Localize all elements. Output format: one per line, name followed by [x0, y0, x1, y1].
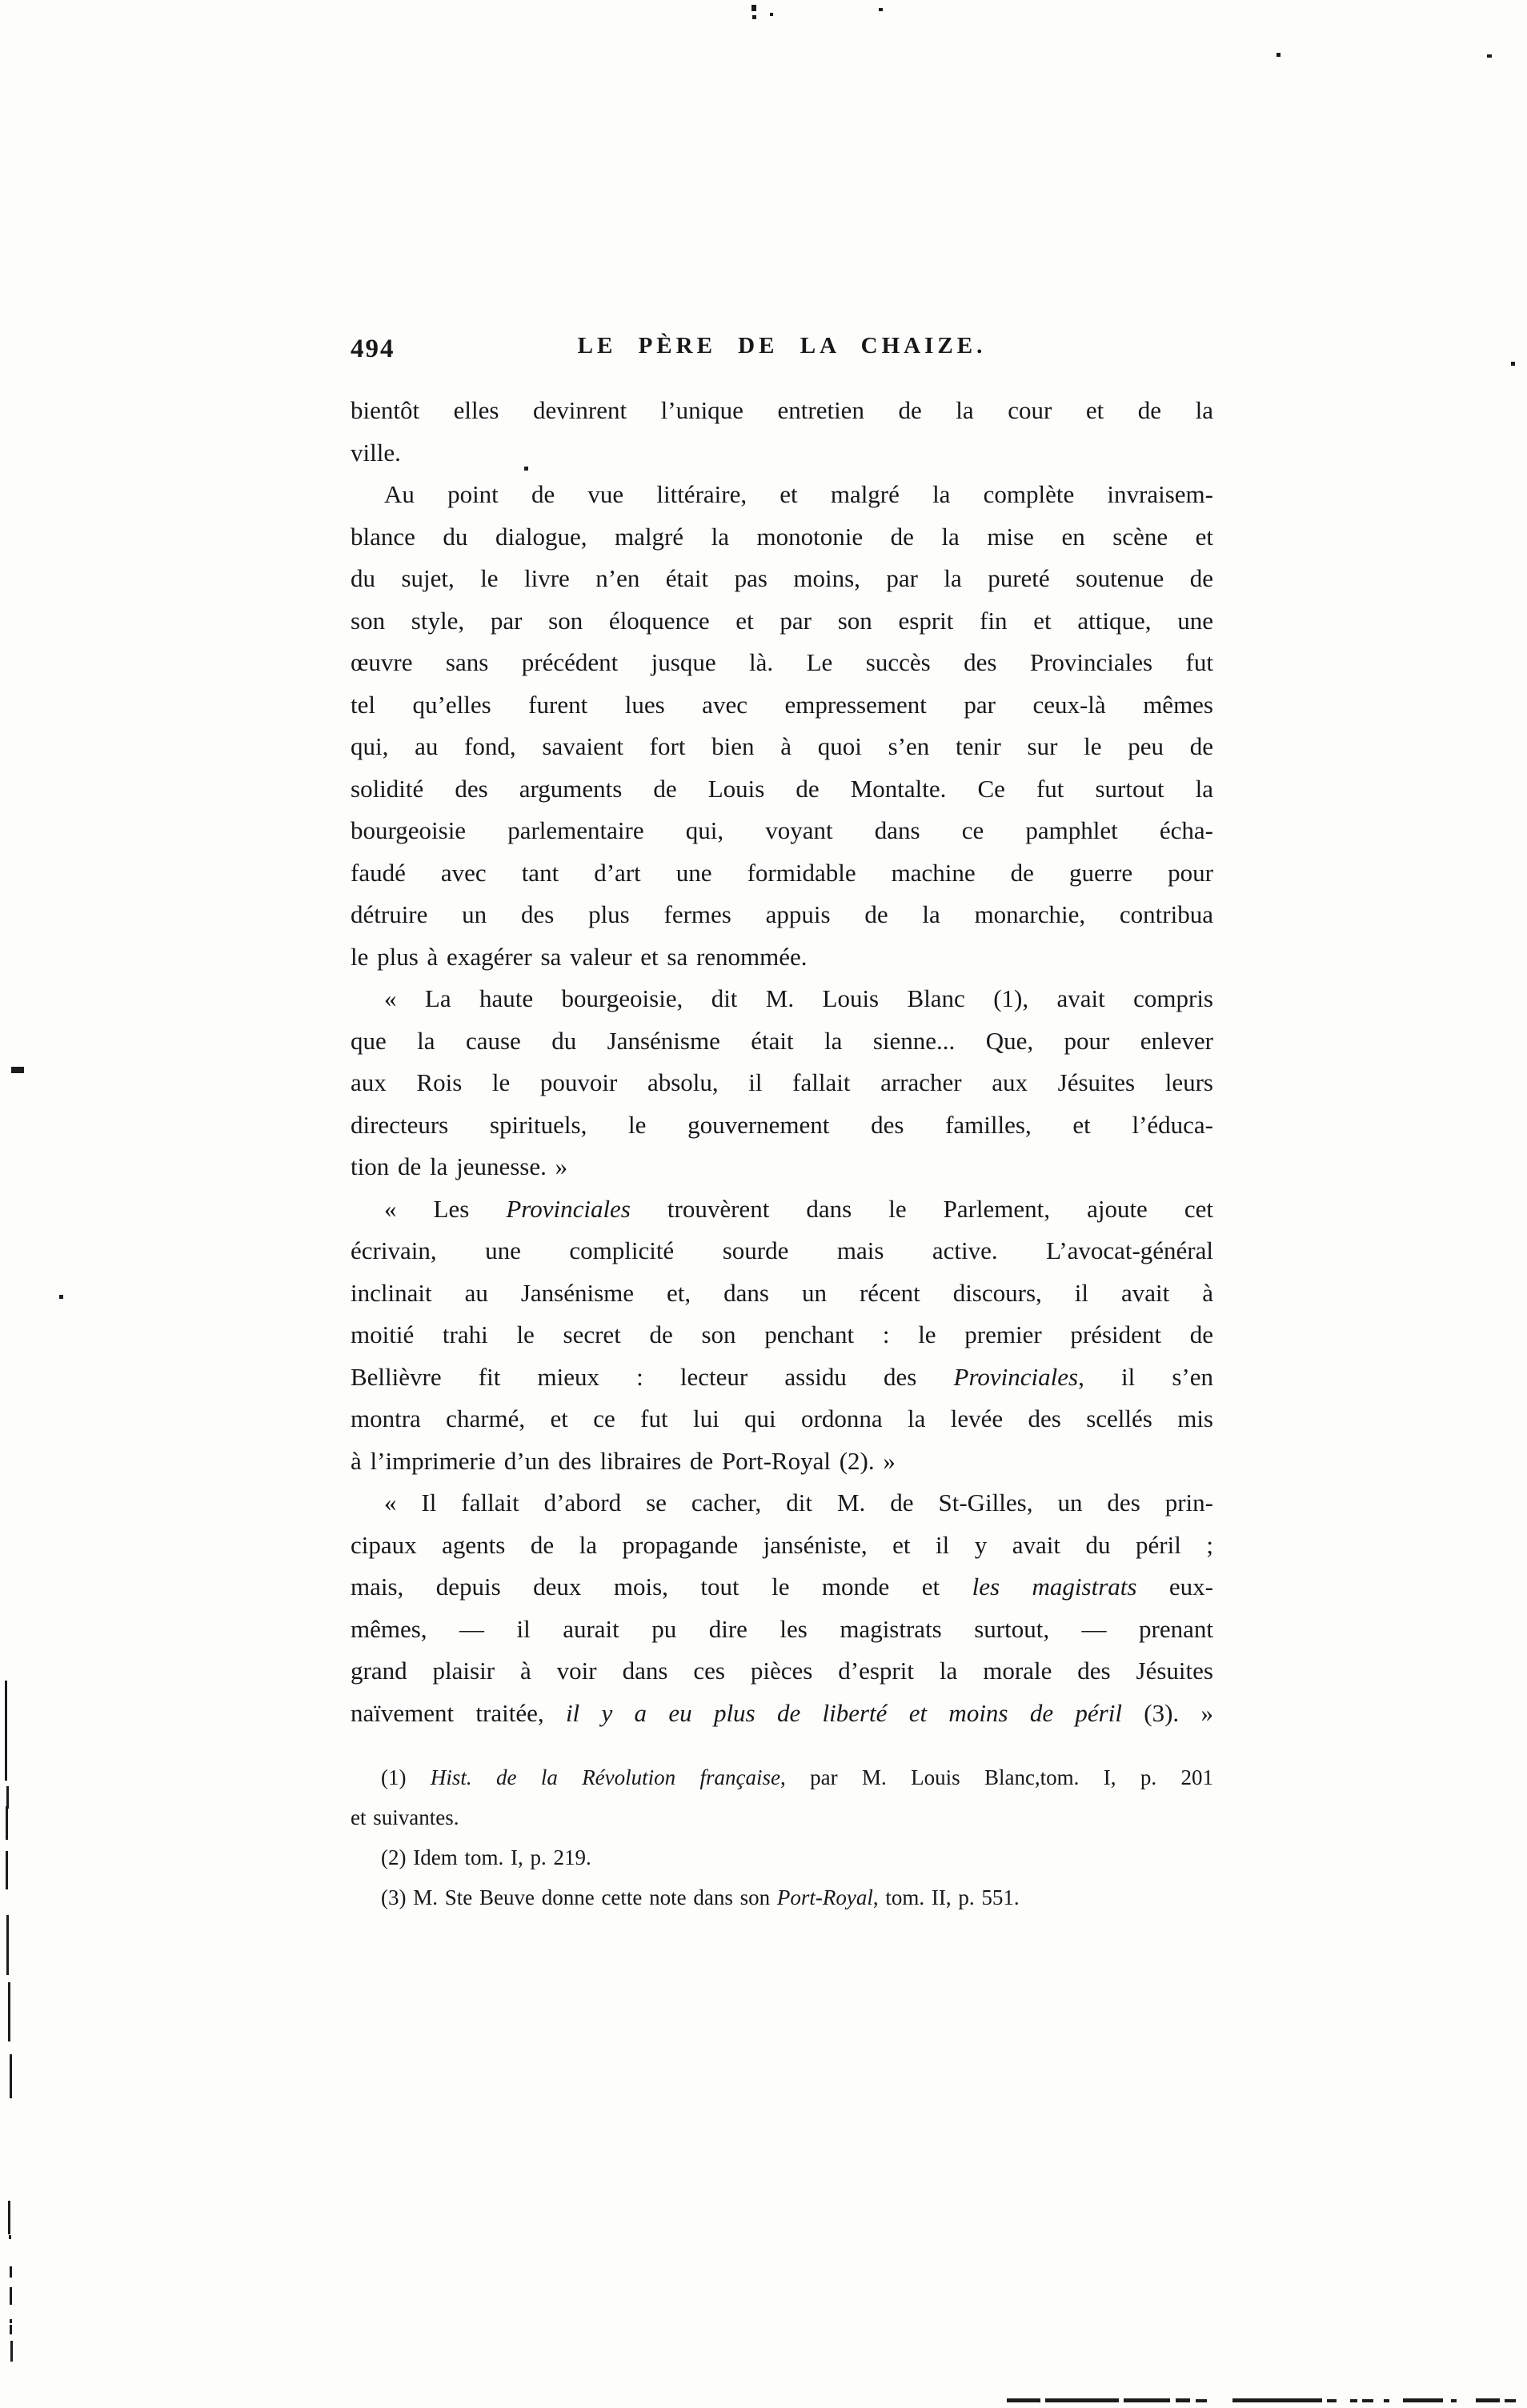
text-line: tion de la jeunesse. » [351, 1146, 1213, 1188]
scan-artifact [6, 1786, 9, 1809]
text-line: « Les Provinciales trouvèrent dans le Pa… [351, 1188, 1213, 1231]
text-segment: naïvement traitée, [351, 1699, 566, 1727]
scan-artifact [1196, 2399, 1207, 2402]
text-segment: (2) Idem tom. I, p. 219. [381, 1845, 591, 1869]
text-segment: inclinait au Jansénisme et, dans un réce… [351, 1279, 1213, 1307]
text-line: (2) Idem tom. I, p. 219. [351, 1837, 1213, 1877]
text-line: œuvre sans précédent jusque là. Le succè… [351, 642, 1213, 684]
text-line: « La haute bourgeoisie, dit M. Louis Bla… [351, 978, 1213, 1020]
text-segment: ville. [351, 439, 401, 467]
text-line: ville. [351, 432, 1213, 475]
text-line: directeurs spirituels, le gouvernement d… [351, 1104, 1213, 1147]
text-line: grand plaisir à voir dans ces pièces d’e… [351, 1650, 1213, 1693]
running-title: LE PÈRE DE LA CHAIZE. [351, 333, 1213, 359]
text-line: et suivantes. [351, 1797, 1213, 1837]
italic-text: Port-Royal [777, 1885, 873, 1909]
scan-artifact [8, 1982, 10, 2033]
scan-artifact [6, 1851, 8, 1889]
text-segment: faudé avec tant d’art une formidable mac… [351, 859, 1213, 887]
text-line: le plus à exagérer sa valeur et sa renom… [351, 936, 1213, 979]
scan-artifact [10, 2325, 12, 2334]
scan-artifact [9, 2235, 11, 2239]
text-segment: cipaux agents de la propagande jansénist… [351, 1531, 1213, 1559]
text-line: Bellièvre fit mieux : lecteur assidu des… [351, 1356, 1213, 1399]
text-line: aux Rois le pouvoir absolu, il fallait a… [351, 1062, 1213, 1104]
text-line: solidité des arguments de Louis de Monta… [351, 768, 1213, 811]
text-line: blance du dialogue, malgré la monotonie … [351, 516, 1213, 559]
text-line: (3) M. Ste Beuve donne cette note dans s… [351, 1877, 1213, 1917]
scan-artifact [1487, 54, 1492, 58]
scan-artifact [59, 1295, 63, 1299]
text-line: que la cause du Jansénisme était la sien… [351, 1020, 1213, 1063]
scan-artifact [1384, 2399, 1389, 2402]
text-segment: que la cause du Jansénisme était la sien… [351, 1027, 1213, 1055]
scan-artifact [6, 1806, 8, 1840]
text-line: inclinait au Jansénisme et, dans un réce… [351, 1272, 1213, 1315]
footnotes: (1) Hist. de la Révolution française, pa… [351, 1757, 1213, 1917]
text-segment: « La haute bourgeoisie, dit M. Louis Bla… [384, 984, 1213, 1012]
scan-artifact [1277, 53, 1281, 57]
footnote: (2) Idem tom. I, p. 219. [351, 1837, 1213, 1877]
text-segment: détruire un des plus fermes appuis de la… [351, 900, 1213, 928]
text-line: bourgeoisie parlementaire qui, voyant da… [351, 810, 1213, 852]
page-header: 494 LE PÈRE DE LA CHAIZE. [351, 333, 1213, 368]
scan-artifact [10, 2319, 12, 2323]
text-line: naïvement traitée, il y a eu plus de lib… [351, 1693, 1213, 1735]
text-segment: mêmes, — il aurait pu dire les magistrat… [351, 1615, 1213, 1643]
italic-text: Hist. de la Révolution française [431, 1765, 780, 1789]
scan-artifact [10, 2341, 13, 2362]
text-segment: tion de la jeunesse. » [351, 1152, 567, 1180]
text-line: Au point de vue littéraire, et malgré la… [351, 474, 1213, 516]
text-segment: qui, au fond, savaient fort bien à quoi … [351, 732, 1213, 760]
text-segment: directeurs spirituels, le gouvernement d… [351, 1111, 1213, 1139]
text-segment: , tom. II, p. 551. [873, 1885, 1020, 1909]
text-segment: mais, depuis deux mois, tout le monde et [351, 1573, 972, 1601]
text-segment: blance du dialogue, malgré la monotonie … [351, 523, 1213, 551]
scan-artifact [1505, 2399, 1516, 2402]
scan-artifact [752, 15, 756, 19]
scan-artifact [1350, 2399, 1357, 2402]
text-segment: bourgeoisie parlementaire qui, voyant da… [351, 816, 1213, 844]
text-segment: et suivantes. [351, 1805, 459, 1829]
text-segment: , par M. Louis Blanc,tom. I, p. 201 [780, 1765, 1213, 1789]
scan-artifact [1232, 2398, 1322, 2402]
text-line: cipaux agents de la propagande jansénist… [351, 1525, 1213, 1567]
text-segment: le plus à exagérer sa valeur et sa renom… [351, 943, 808, 971]
scan-artifact [10, 2266, 12, 2278]
paragraph: Au point de vue littéraire, et malgré la… [351, 474, 1213, 978]
italic-text: les magistrats [972, 1573, 1137, 1601]
scan-artifact [1007, 2398, 1040, 2402]
text-segment: eux- [1136, 1573, 1213, 1601]
text-segment: œuvre sans précédent jusque là. Le succè… [351, 648, 1213, 676]
scan-artifact [1362, 2399, 1373, 2402]
text-line: bientôt elles devinrent l’unique entreti… [351, 390, 1213, 432]
paragraph: « La haute bourgeoisie, dit M. Louis Bla… [351, 978, 1213, 1188]
text-segment: aux Rois le pouvoir absolu, il fallait a… [351, 1068, 1213, 1096]
scan-artifact [8, 2201, 10, 2234]
text-segment: Au point de vue littéraire, et malgré la… [384, 480, 1213, 508]
text-segment: grand plaisir à voir dans ces pièces d’e… [351, 1657, 1213, 1685]
text-line: montra charmé, et ce fut lui qui ordonna… [351, 1398, 1213, 1440]
text-segment: bientôt elles devinrent l’unique entreti… [351, 396, 1213, 424]
text-line: (1) Hist. de la Révolution française, pa… [351, 1757, 1213, 1797]
italic-text: Provinciales [954, 1363, 1079, 1391]
scan-artifact [5, 1681, 7, 1781]
text-segment: Bellièvre fit mieux : lecteur assidu des [351, 1363, 954, 1391]
scan-artifact [879, 8, 883, 11]
text-segment: montra charmé, et ce fut lui qui ordonna… [351, 1404, 1213, 1432]
text-line: moitié trahi le secret de son penchant :… [351, 1314, 1213, 1356]
scan-artifact [1327, 2399, 1337, 2402]
text-segment: (3) M. Ste Beuve donne cette note dans s… [381, 1885, 777, 1909]
text-line: son style, par son éloquence et par son … [351, 600, 1213, 643]
text-segment: écrivain, une complicité sourde mais act… [351, 1236, 1213, 1264]
scan-artifact [1124, 2398, 1170, 2402]
paragraph: « Les Provinciales trouvèrent dans le Pa… [351, 1188, 1213, 1483]
text-segment: (1) [381, 1765, 431, 1789]
scan-artifact [770, 13, 773, 16]
text-segment: moitié trahi le secret de son penchant :… [351, 1320, 1213, 1348]
text-segment: « Il fallait d’abord se cacher, dit M. d… [384, 1488, 1213, 1517]
scan-artifact [1045, 2398, 1119, 2402]
text-segment: tel qu’elles furent lues avec empresseme… [351, 691, 1213, 719]
text-line: à l’imprimerie d’un des libraires de Por… [351, 1440, 1213, 1483]
scan-artifact [10, 2054, 12, 2098]
scan-artifact [751, 5, 756, 11]
text-segment: du sujet, le livre n’en était pas moins,… [351, 564, 1213, 592]
text-line: mêmes, — il aurait pu dire les magistrat… [351, 1609, 1213, 1651]
scan-artifact [1403, 2398, 1443, 2402]
scan-artifact [1176, 2398, 1190, 2402]
body-text: bientôt elles devinrent l’unique entreti… [351, 390, 1213, 1734]
scan-artifact [1511, 362, 1515, 366]
footnote: (1) Hist. de la Révolution française, pa… [351, 1757, 1213, 1837]
scanned-book-page: 494 LE PÈRE DE LA CHAIZE. bientôt elles … [0, 0, 1527, 2408]
text-line: détruire un des plus fermes appuis de la… [351, 894, 1213, 936]
text-line: écrivain, une complicité sourde mais act… [351, 1230, 1213, 1272]
paragraph: bientôt elles devinrent l’unique entreti… [351, 390, 1213, 474]
scan-artifact [8, 2030, 10, 2041]
text-segment: à l’imprimerie d’un des libraires de Por… [351, 1447, 896, 1475]
text-segment: solidité des arguments de Louis de Monta… [351, 775, 1213, 803]
text-line: mais, depuis deux mois, tout le monde et… [351, 1566, 1213, 1609]
scan-artifact [1451, 2399, 1457, 2402]
text-segment: « Les [384, 1195, 506, 1223]
text-line: tel qu’elles furent lues avec empresseme… [351, 684, 1213, 727]
scan-artifact [1476, 2398, 1500, 2402]
paragraph: « Il fallait d’abord se cacher, dit M. d… [351, 1482, 1213, 1734]
text-segment: trouvèrent dans le Parlement, ajoute cet [631, 1195, 1213, 1223]
italic-text: Provinciales [506, 1195, 631, 1223]
text-line: du sujet, le livre n’en était pas moins,… [351, 558, 1213, 600]
text-segment: (3). » [1122, 1699, 1213, 1727]
scan-artifact [11, 1067, 24, 1073]
italic-text: il y a eu plus de liberté et moins de pé… [566, 1699, 1122, 1727]
text-line: faudé avec tant d’art une formidable mac… [351, 852, 1213, 895]
scan-artifact [524, 467, 528, 471]
text-segment: son style, par son éloquence et par son … [351, 607, 1213, 635]
text-segment: , il s’en [1078, 1363, 1213, 1391]
text-line: « Il fallait d’abord se cacher, dit M. d… [351, 1482, 1213, 1525]
scan-artifact [10, 2287, 12, 2305]
scan-artifact [6, 1915, 9, 1975]
footnote: (3) M. Ste Beuve donne cette note dans s… [351, 1877, 1213, 1917]
text-line: qui, au fond, savaient fort bien à quoi … [351, 726, 1213, 768]
